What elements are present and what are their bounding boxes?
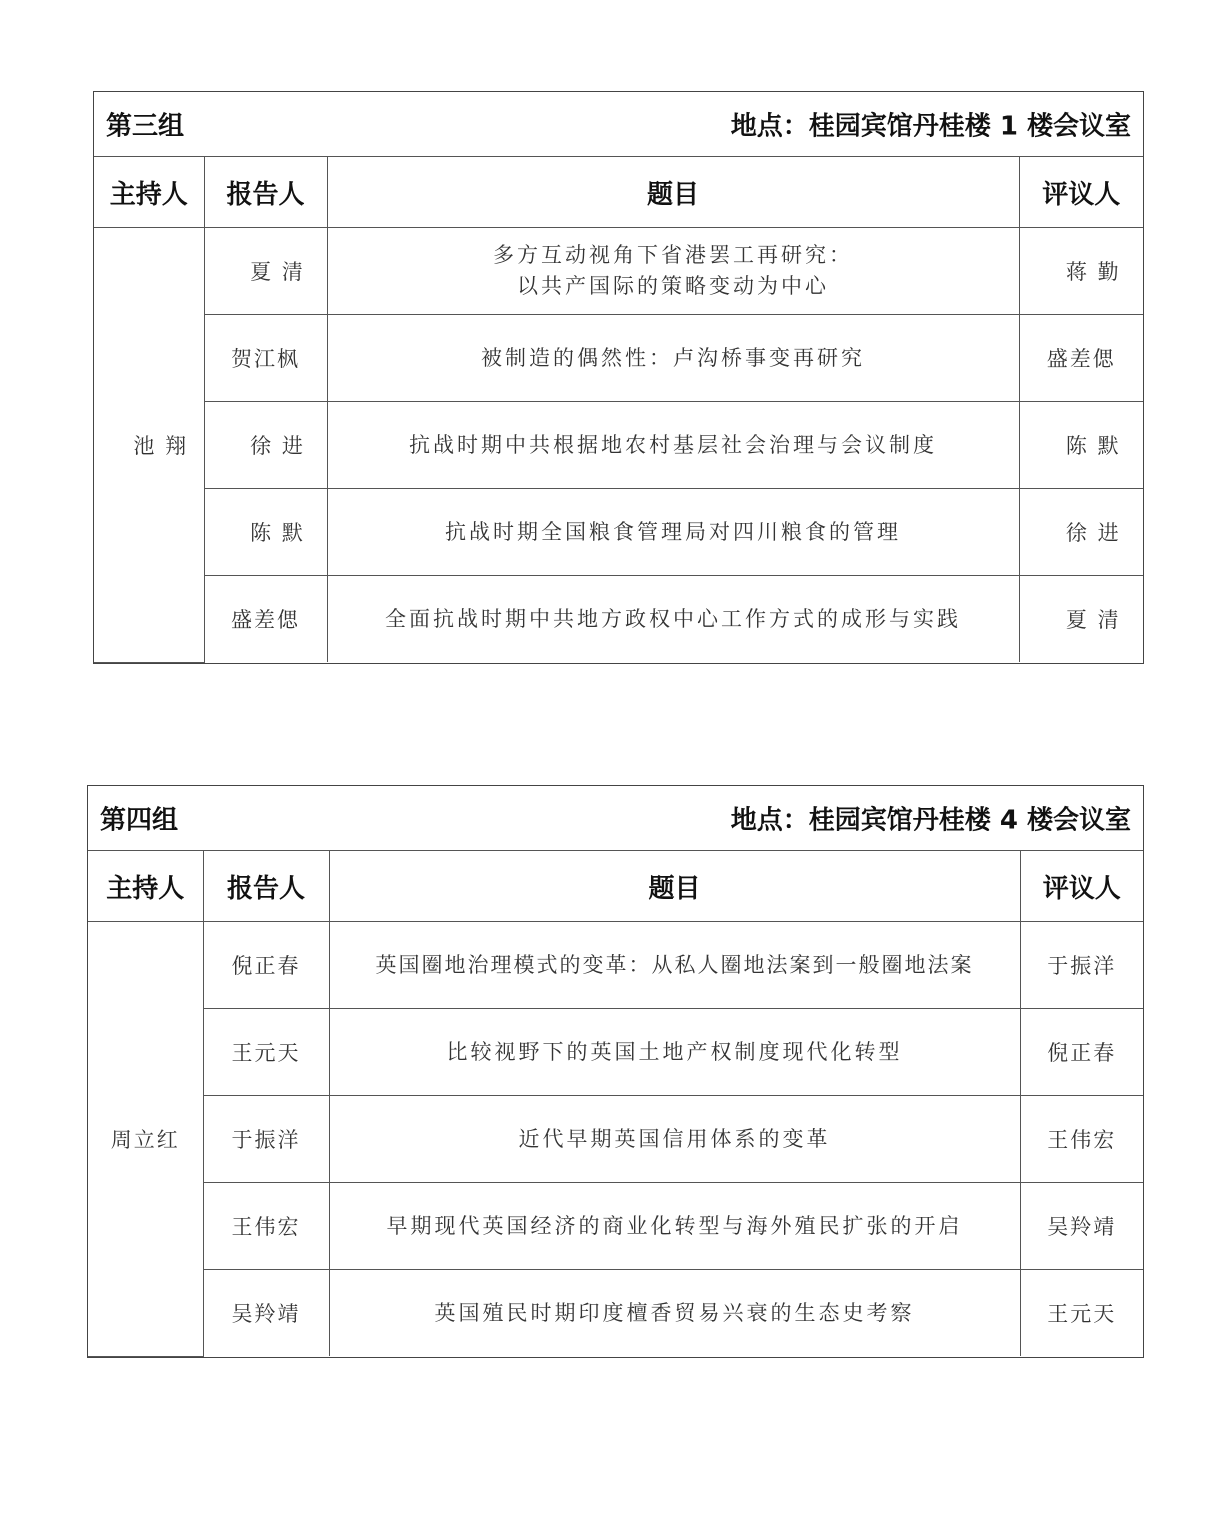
group-title-row: 第三组 地点：桂园宾馆丹桂楼 1 楼会议室: [94, 92, 1143, 157]
reporter-name: 于振洋: [203, 1096, 329, 1183]
group-location: 地点：桂园宾馆丹桂楼 4 楼会议室: [731, 800, 1131, 837]
group-name: 第四组: [100, 800, 178, 837]
commentator-name: 吴羚靖: [1020, 1183, 1143, 1270]
group-4-schedule-table: 第四组 地点：桂园宾馆丹桂楼 4 楼会议室 主持人 报告人 题目 评议人 周立红…: [87, 785, 1144, 1358]
reporter-name: 贺江枫: [204, 315, 327, 402]
reporter-name: 盛差偲: [204, 576, 327, 663]
topic-line-1: 多方互动视角下省港罢工再研究：: [328, 240, 1019, 271]
reporter-name: 陈 默: [204, 489, 327, 576]
commentator-name: 于振洋: [1020, 922, 1143, 1009]
commentator-name: 陈 默: [1019, 402, 1143, 489]
group-name: 第三组: [106, 106, 184, 143]
topic: 全面抗战时期中共地方政权中心工作方式的成形与实践: [327, 576, 1019, 663]
header-commentator: 评议人: [1020, 851, 1143, 922]
header-topic: 题目: [329, 851, 1020, 922]
header-reporter: 报告人: [203, 851, 329, 922]
topic: 多方互动视角下省港罢工再研究： 以共产国际的策略变动为中心: [327, 228, 1019, 315]
topic: 抗战时期中共根据地农村基层社会治理与会议制度: [327, 402, 1019, 489]
reporter-name: 王元天: [203, 1009, 329, 1096]
group-location: 地点：桂园宾馆丹桂楼 1 楼会议室: [731, 106, 1131, 143]
topic: 比较视野下的英国土地产权制度现代化转型: [329, 1009, 1020, 1096]
host-name: 池 翔: [94, 228, 204, 663]
reporter-name: 吴羚靖: [203, 1270, 329, 1357]
topic: 早期现代英国经济的商业化转型与海外殖民扩张的开启: [329, 1183, 1020, 1270]
commentator-name: 倪正春: [1020, 1009, 1143, 1096]
topic: 近代早期英国信用体系的变革: [329, 1096, 1020, 1183]
group-3-schedule-table: 第三组 地点：桂园宾馆丹桂楼 1 楼会议室 主持人 报告人 题目 评议人 池 翔…: [93, 91, 1144, 664]
header-topic: 题目: [327, 157, 1019, 228]
topic-line-2: 以共产国际的策略变动为中心: [328, 271, 1019, 302]
commentator-name: 徐 进: [1019, 489, 1143, 576]
reporter-name: 徐 进: [204, 402, 327, 489]
topic: 英国殖民时期印度檀香贸易兴衰的生态史考察: [329, 1270, 1020, 1357]
header-commentator: 评议人: [1019, 157, 1143, 228]
header-host: 主持人: [88, 851, 203, 922]
header-reporter: 报告人: [204, 157, 327, 228]
reporter-name: 夏 清: [204, 228, 327, 315]
topic: 抗战时期全国粮食管理局对四川粮食的管理: [327, 489, 1019, 576]
topic: 被制造的偶然性：卢沟桥事变再研究: [327, 315, 1019, 402]
commentator-name: 蒋 勤: [1019, 228, 1143, 315]
commentator-name: 夏 清: [1019, 576, 1143, 663]
commentator-name: 王伟宏: [1020, 1096, 1143, 1183]
topic: 英国圈地治理模式的变革：从私人圈地法案到一般圈地法案: [329, 922, 1020, 1009]
commentator-name: 王元天: [1020, 1270, 1143, 1357]
host-name: 周立红: [88, 922, 203, 1357]
header-host: 主持人: [94, 157, 204, 228]
reporter-name: 王伟宏: [203, 1183, 329, 1270]
reporter-name: 倪正春: [203, 922, 329, 1009]
group-title-row: 第四组 地点：桂园宾馆丹桂楼 4 楼会议室: [88, 786, 1143, 851]
commentator-name: 盛差偲: [1019, 315, 1143, 402]
